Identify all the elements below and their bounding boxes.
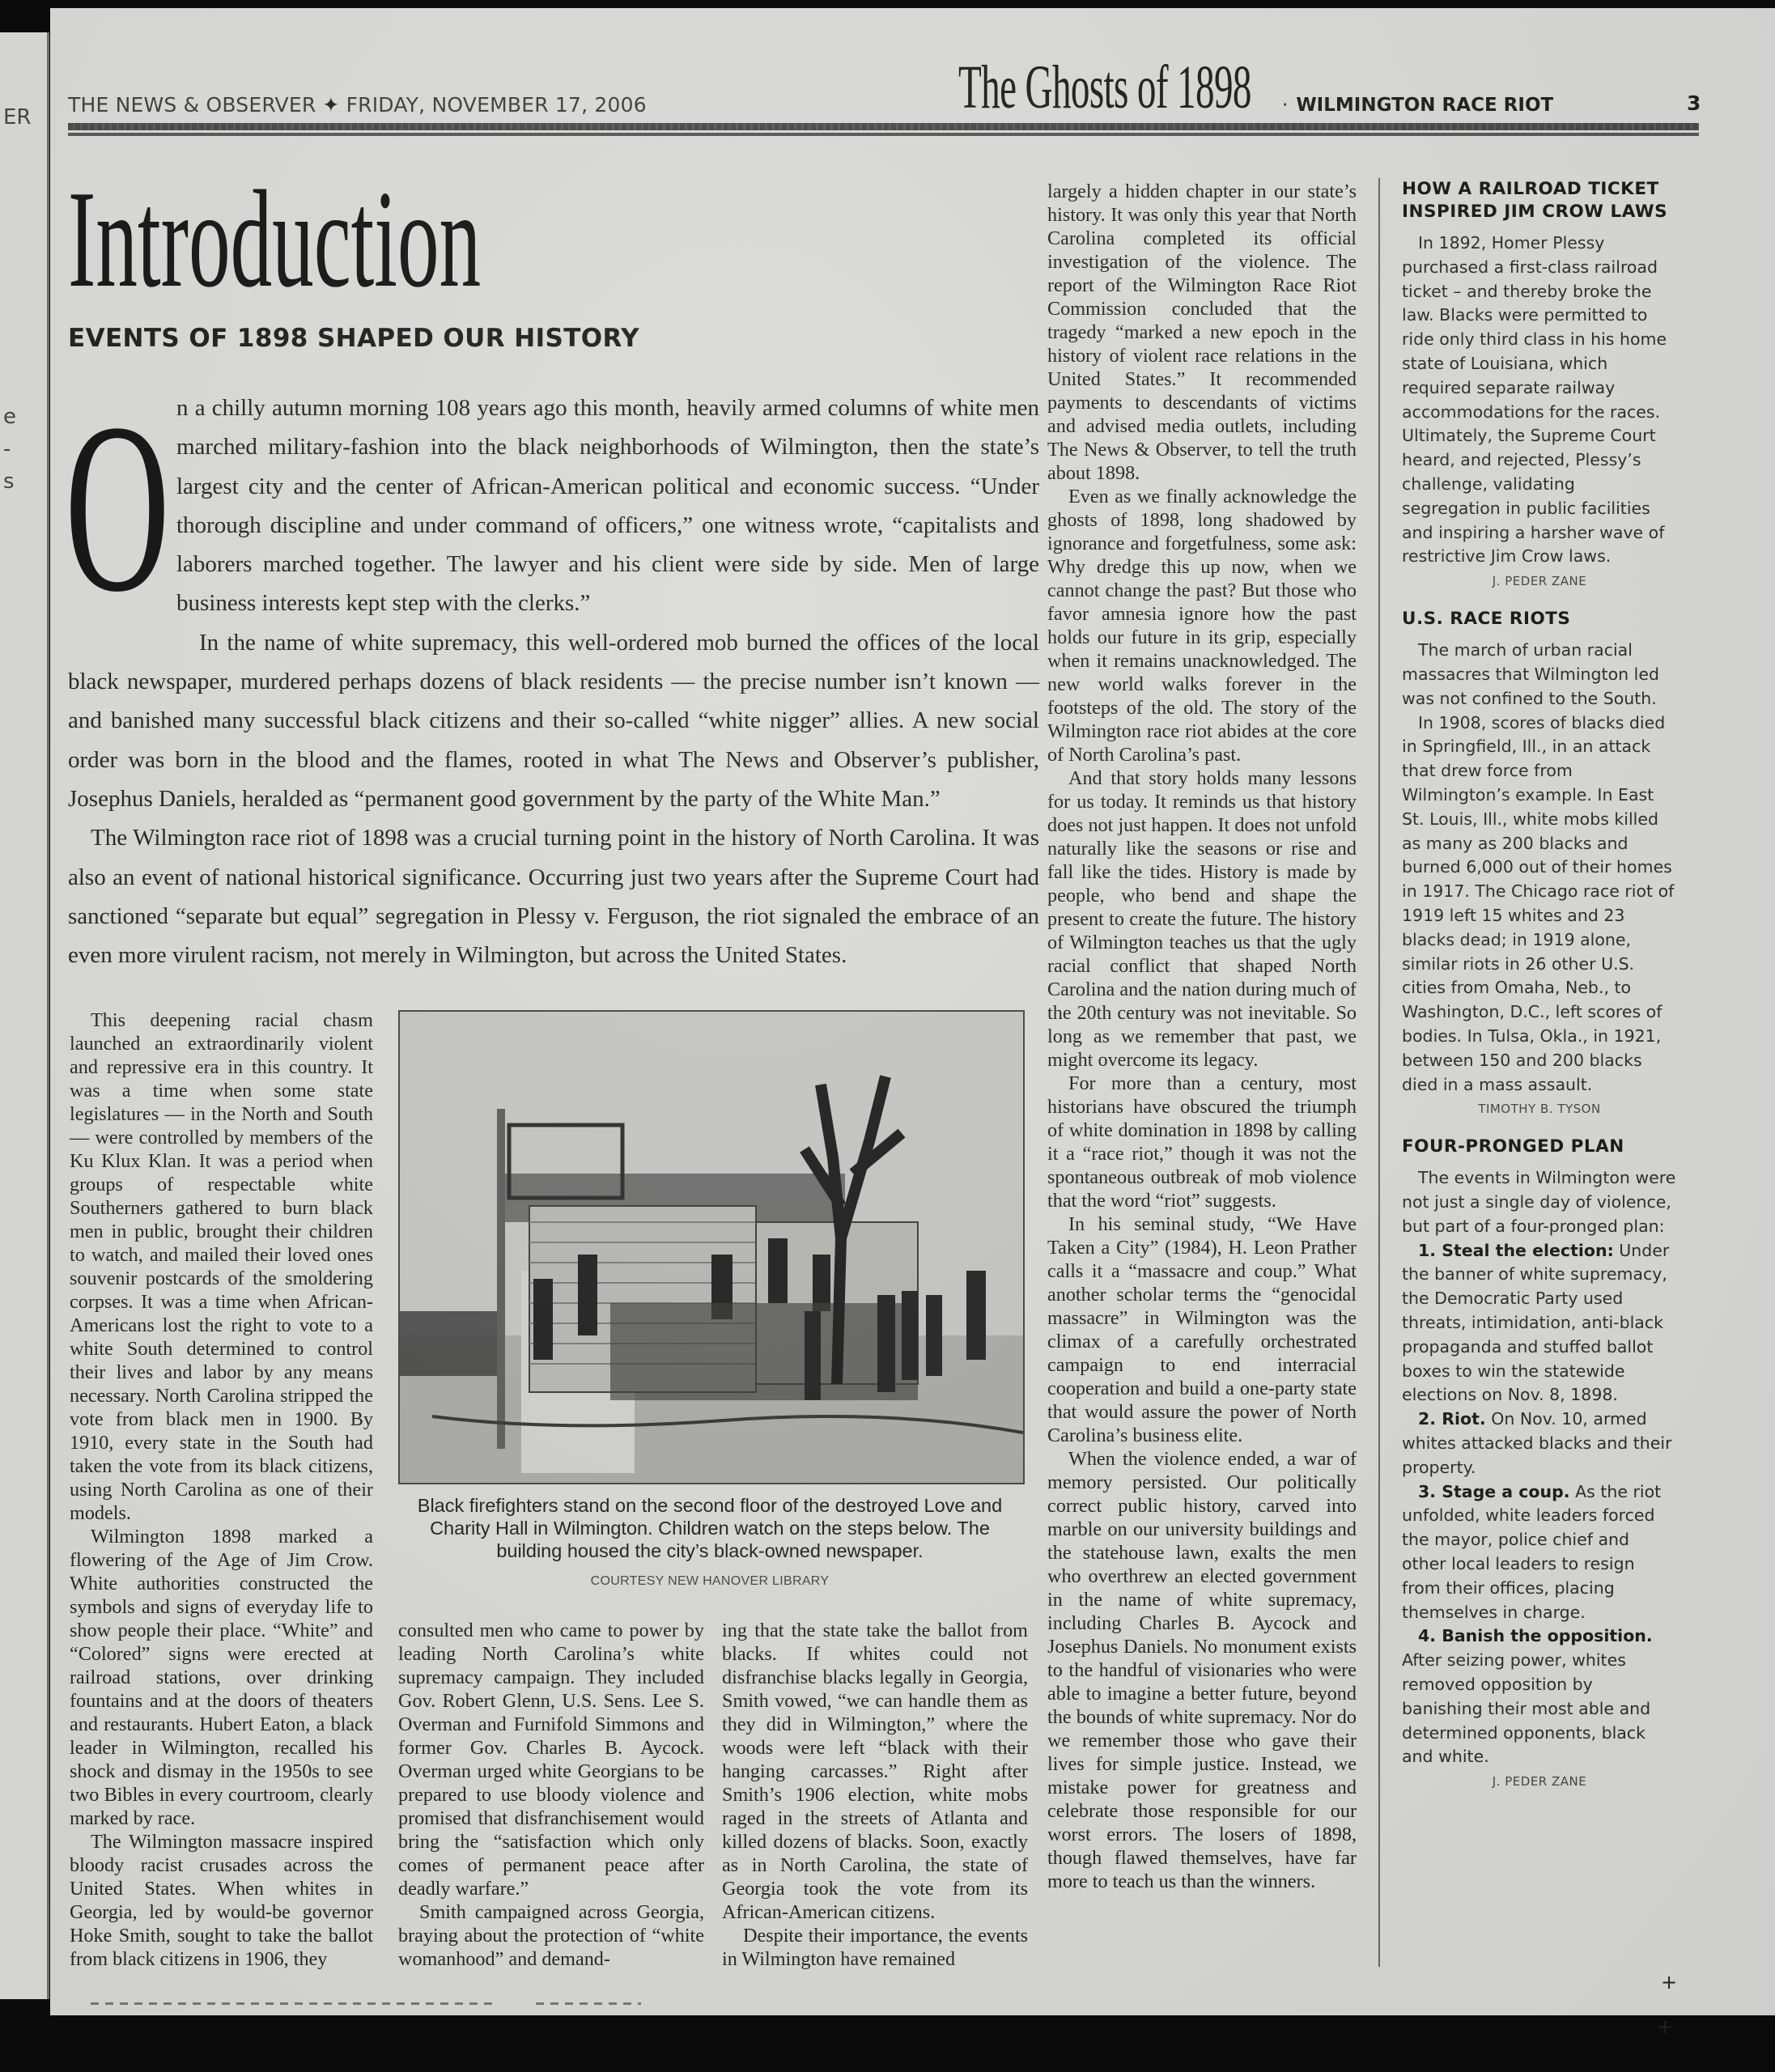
- article-lede: On a chilly autumn morning 108 years ago…: [68, 388, 1039, 974]
- article-deck: EVENTS OF 1898 SHAPED OUR HISTORY: [68, 324, 639, 353]
- sidebar-paragraph: In 1908, scores of blacks died in Spring…: [1402, 711, 1677, 1098]
- publication-name: THE NEWS & OBSERVER: [68, 93, 316, 117]
- body-paragraph: This deepening racial chasm launched an …: [70, 1008, 373, 1525]
- plan-item-label: 4. Banish the opposition.: [1418, 1626, 1653, 1645]
- photo-caption: Black firefighters stand on the second f…: [398, 1494, 1021, 1562]
- prev-page-fragment: -: [3, 437, 11, 461]
- article-column-3: ing that the state take the ballot from …: [722, 1619, 1028, 1971]
- previous-page-edge: ER e - s: [0, 32, 49, 1999]
- article-headline: Introduction: [68, 170, 481, 309]
- sidebar-paragraph: In 1892, Homer Plessy purchased a first-…: [1402, 231, 1677, 569]
- sidebar-title: U.S. RACE RIOTS: [1402, 608, 1677, 631]
- body-paragraph: largely a hidden chapter in our state’s …: [1047, 180, 1357, 485]
- body-paragraph: Even as we finally acknowledge the ghost…: [1047, 485, 1357, 766]
- sidebar-credit: J. PEDER ZANE: [1402, 1774, 1677, 1789]
- page-header: THE NEWS & OBSERVER✦FRIDAY, NOVEMBER 17,…: [68, 53, 1711, 125]
- lede-paragraph: The Wilmington race riot of 1898 was a c…: [68, 818, 1039, 974]
- body-paragraph: Smith campaigned across Georgia, braying…: [398, 1900, 704, 1971]
- issue-date: FRIDAY, NOVEMBER 17, 2006: [346, 93, 647, 117]
- sidebar: HOW A RAILROAD TICKET INSPIRED JIM CROW …: [1402, 178, 1677, 1808]
- body-paragraph: Despite their importance, the events in …: [722, 1924, 1028, 1971]
- article-column-2: consulted men who came to power by leadi…: [398, 1619, 704, 1971]
- sidebar-paragraph: The march of urban racial massacres that…: [1402, 639, 1677, 711]
- prev-page-fragment: e: [3, 405, 16, 429]
- body-paragraph: The Wilmington massacre inspired bloody …: [70, 1830, 373, 1971]
- body-paragraph: When the violence ended, a war of memory…: [1047, 1447, 1357, 1893]
- diamond-separator-icon: ✦: [322, 93, 339, 117]
- sidebar-title: HOW A RAILROAD TICKET INSPIRED JIM CROW …: [1402, 178, 1677, 223]
- prev-page-fragment: ER: [3, 105, 32, 129]
- sidebar-paragraph: The events in Wilmington were not just a…: [1402, 1166, 1677, 1238]
- burned-building-photo-icon: [400, 1012, 1023, 1483]
- sidebar-credit: J. PEDER ZANE: [1402, 574, 1677, 588]
- body-paragraph: In his seminal study, “We Have Taken a C…: [1047, 1212, 1357, 1447]
- drop-cap: O: [65, 398, 123, 641]
- sidebar-divider: [1378, 178, 1380, 1967]
- article-photo: [398, 1010, 1025, 1484]
- header-rule-thin: [68, 133, 1699, 136]
- body-paragraph: For more than a century, most historians…: [1047, 1072, 1357, 1212]
- sidebar-race-riots: U.S. RACE RIOTS The march of urban racia…: [1402, 608, 1677, 1116]
- header-rule: [68, 123, 1699, 130]
- sidebar-four-pronged-plan: FOUR-PRONGED PLAN The events in Wilmingt…: [1402, 1136, 1677, 1789]
- plan-item: 2. Riot. On Nov. 10, armed whites attack…: [1402, 1408, 1677, 1480]
- plan-item: 1. Steal the election: Under the banner …: [1402, 1239, 1677, 1408]
- page-number: 3: [1687, 91, 1701, 115]
- prev-page-fragment: s: [3, 469, 15, 494]
- fold-dashes: [91, 2002, 495, 2005]
- lede-paragraph: On a chilly autumn morning 108 years ago…: [68, 388, 1039, 623]
- plan-item-label: 3. Stage a coup.: [1418, 1482, 1570, 1501]
- body-paragraph: consulted men who came to power by leadi…: [398, 1619, 704, 1900]
- masthead: THE NEWS & OBSERVER✦FRIDAY, NOVEMBER 17,…: [68, 93, 647, 117]
- plan-item: 4. Banish the opposition. After seizing …: [1402, 1624, 1677, 1769]
- registration-mark-icon: +: [1661, 1971, 1677, 1993]
- body-paragraph: ing that the state take the ballot from …: [722, 1619, 1028, 1924]
- newspaper-page: THE NEWS & OBSERVER✦FRIDAY, NOVEMBER 17,…: [50, 8, 1775, 2015]
- sidebar-railroad-ticket: HOW A RAILROAD TICKET INSPIRED JIM CROW …: [1402, 178, 1677, 588]
- lede-paragraph: In the name of white supremacy, this wel…: [68, 623, 1039, 818]
- plan-item-label: 1. Steal the election:: [1418, 1241, 1614, 1260]
- body-paragraph: And that story holds many lessons for us…: [1047, 766, 1357, 1072]
- registration-mark-icon: +: [1657, 2015, 1673, 2038]
- series-subtitle: WILMINGTON RACE RIOT: [1282, 95, 1553, 116]
- plan-item-label: 2. Riot.: [1418, 1409, 1486, 1429]
- series-title: The Ghosts of 1898: [958, 53, 1251, 123]
- plan-item: 3. Stage a coup. As the riot unfolded, w…: [1402, 1480, 1677, 1625]
- article-column-4: largely a hidden chapter in our state’s …: [1047, 180, 1357, 1893]
- article-column-1: This deepening racial chasm launched an …: [70, 1008, 373, 1971]
- sidebar-credit: TIMOTHY B. TYSON: [1402, 1102, 1677, 1116]
- fold-dashes: [536, 2002, 641, 2005]
- sidebar-title: FOUR-PRONGED PLAN: [1402, 1136, 1677, 1158]
- photo-credit: COURTESY NEW HANOVER LIBRARY: [398, 1574, 1021, 1589]
- body-paragraph: Wilmington 1898 marked a flowering of th…: [70, 1525, 373, 1830]
